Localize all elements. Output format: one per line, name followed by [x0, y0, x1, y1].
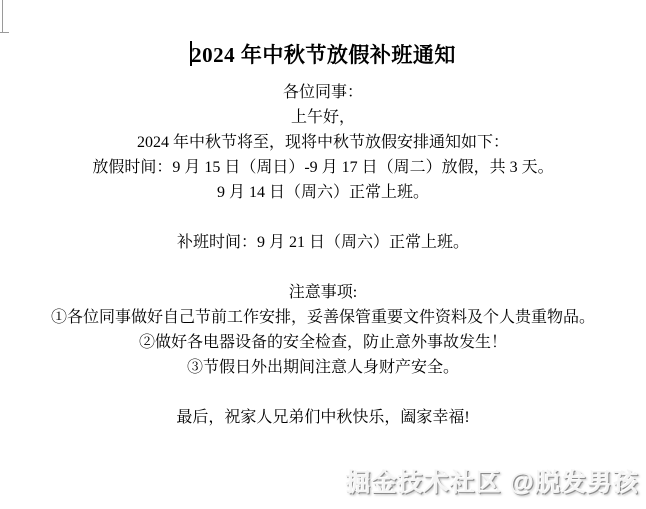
doc-line[interactable]: 上午好，	[0, 105, 646, 130]
doc-line[interactable]: ②做好各电器设备的安全检查，防止意外事故发生！	[0, 330, 646, 355]
document-title[interactable]: 2024 年中秋节放假补班通知	[0, 40, 646, 70]
document-title-text: 2024 年中秋节放假补班通知	[191, 43, 456, 67]
doc-line[interactable]: ③节假日外出期间注意人身财产安全。	[0, 355, 646, 380]
document-page[interactable]: 2024 年中秋节放假补班通知 各位同事： 上午好， 2024 年中秋节将至，现…	[0, 0, 646, 430]
doc-line[interactable]: 2024 年中秋节将至，现将中秋节放假安排通知如下：	[0, 130, 646, 155]
doc-line[interactable]: 各位同事：	[0, 80, 646, 105]
watermark: 掘金技术社区 @脱发男孩	[346, 463, 639, 499]
doc-line[interactable]: 补班时间：9 月 21 日（周六）正常上班。	[0, 230, 646, 255]
doc-line[interactable]: 注意事项:	[0, 280, 646, 305]
doc-line[interactable]: 放假时间：9 月 15 日（周日）-9 月 17 日（周二）放假，共 3 天。	[0, 155, 646, 180]
document-body: 各位同事： 上午好， 2024 年中秋节将至，现将中秋节放假安排通知如下： 放假…	[0, 80, 646, 430]
doc-line-blank[interactable]	[0, 205, 646, 230]
doc-line-blank[interactable]	[0, 255, 646, 280]
doc-line[interactable]: ①各位同事做好自己节前工作安排，妥善保管重要文件资料及个人贵重物品。	[0, 305, 646, 330]
doc-line-blank[interactable]	[0, 380, 646, 405]
doc-line[interactable]: 9 月 14 日（周六）正常上班。	[0, 180, 646, 205]
doc-line[interactable]: 最后，祝家人兄弟们中秋快乐，阖家幸福!	[0, 405, 646, 430]
